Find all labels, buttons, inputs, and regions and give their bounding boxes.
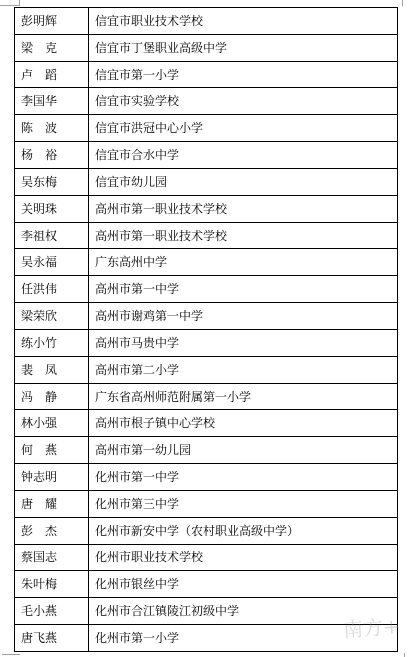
teacher-name-cell: 杨 裕 [15,142,89,169]
school-name-cell: 化州市第一小学 [89,625,398,652]
teacher-name-cell: 关明珠 [15,195,89,222]
page-corner-mark [404,653,405,657]
school-name-cell: 高州市马贵中学 [89,329,398,356]
table-row: 梁荣欣高州市谢鸡第一中学 [15,303,398,330]
teacher-name-cell: 林小强 [15,410,89,437]
teacher-name-cell: 裴 凤 [15,356,89,383]
school-name-cell: 高州市根子镇中心学校 [89,410,398,437]
page-corner-mark [19,0,20,6]
school-name-cell: 化州市第三中学 [89,490,398,517]
table-row: 梁 克信宜市丁堡职业高级中学 [15,34,398,61]
page-corner-mark [402,0,403,6]
page-corner-mark [0,5,19,6]
teacher-name-cell: 彭明辉 [15,8,89,35]
table-row: 练小竹高州市马贵中学 [15,329,398,356]
table-row: 朱叶梅化州市银丝中学 [15,571,398,598]
table-row: 陈 波信宜市洪冠中心小学 [15,115,398,142]
teacher-name-cell: 冯 静 [15,383,89,410]
teacher-name-cell: 李国华 [15,88,89,115]
table-row: 蔡国志化州市职业技术学校 [15,544,398,571]
teacher-name-cell: 彭 杰 [15,517,89,544]
school-name-cell: 高州市第一职业技术学校 [89,222,398,249]
table-row: 钟志明化州市第一中学 [15,464,398,491]
school-name-cell: 高州市第一幼儿园 [89,437,398,464]
school-name-cell: 化州市第一中学 [89,464,398,491]
table-row: 李国华信宜市实验学校 [15,88,398,115]
school-name-cell: 高州市第一中学 [89,276,398,303]
teacher-name-cell: 陈 波 [15,115,89,142]
school-name-cell: 信宜市职业技术学校 [89,8,398,35]
school-name-cell: 信宜市实验学校 [89,88,398,115]
teacher-name-cell: 卢 蹈 [15,61,89,88]
teacher-name-cell: 钟志明 [15,464,89,491]
teacher-name-cell: 唐飞燕 [15,625,89,652]
table-row: 彭 杰化州市新安中学（农村职业高级中学） [15,517,398,544]
teacher-name-cell: 蔡国志 [15,544,89,571]
table-row: 唐 耀化州市第三中学 [15,490,398,517]
school-name-cell: 化州市职业技术学校 [89,544,398,571]
table-row: 唐飞燕化州市第一小学 [15,625,398,652]
table-row: 何 燕高州市第一幼儿园 [15,437,398,464]
table-row: 关明珠高州市第一职业技术学校 [15,195,398,222]
school-name-cell: 广东高州中学 [89,249,398,276]
school-name-cell: 信宜市丁堡职业高级中学 [89,34,398,61]
teacher-name-cell: 吴东梅 [15,168,89,195]
teacher-name-cell: 梁 克 [15,34,89,61]
teacher-name-cell: 梁荣欣 [15,303,89,330]
school-name-cell: 化州市银丝中学 [89,571,398,598]
table-row: 林小强高州市根子镇中心学校 [15,410,398,437]
teacher-name-cell: 吴永福 [15,249,89,276]
table-row: 李祖权高州市第一职业技术学校 [15,222,398,249]
teacher-name-cell: 唐 耀 [15,490,89,517]
table-row: 吴永福广东高州中学 [15,249,398,276]
table-row: 裴 凤高州市第二小学 [15,356,398,383]
table-row: 彭明辉信宜市职业技术学校 [15,8,398,35]
school-name-cell: 信宜市幼儿园 [89,168,398,195]
teacher-name-cell: 任洪伟 [15,276,89,303]
school-name-cell: 信宜市第一小学 [89,61,398,88]
table-row: 冯 静广东省高州师范附属第一小学 [15,383,398,410]
teacher-name-cell: 何 燕 [15,437,89,464]
table-body: 彭明辉信宜市职业技术学校梁 克信宜市丁堡职业高级中学卢 蹈信宜市第一小学李国华信… [15,8,398,652]
school-name-cell: 化州市新安中学（农村职业高级中学） [89,517,398,544]
table-row: 吴东梅信宜市幼儿园 [15,168,398,195]
school-name-cell: 广东省高州师范附属第一小学 [89,383,398,410]
teacher-name-cell: 朱叶梅 [15,571,89,598]
teacher-name-cell: 练小竹 [15,329,89,356]
school-name-cell: 高州市谢鸡第一中学 [89,303,398,330]
school-name-cell: 化州市合江镇陵江初级中学 [89,598,398,625]
table-row: 任洪伟高州市第一中学 [15,276,398,303]
teacher-name-cell: 毛小燕 [15,598,89,625]
school-name-cell: 信宜市合水中学 [89,142,398,169]
table-row: 卢 蹈信宜市第一小学 [15,61,398,88]
school-name-cell: 高州市第二小学 [89,356,398,383]
teacher-name-cell: 李祖权 [15,222,89,249]
page-corner-mark [2,654,20,655]
school-name-cell: 信宜市洪冠中心小学 [89,115,398,142]
school-name-cell: 高州市第一职业技术学校 [89,195,398,222]
table-row: 毛小燕化州市合江镇陵江初级中学 [15,598,398,625]
teacher-school-table: 彭明辉信宜市职业技术学校梁 克信宜市丁堡职业高级中学卢 蹈信宜市第一小学李国华信… [14,7,398,652]
table-row: 杨 裕信宜市合水中学 [15,142,398,169]
